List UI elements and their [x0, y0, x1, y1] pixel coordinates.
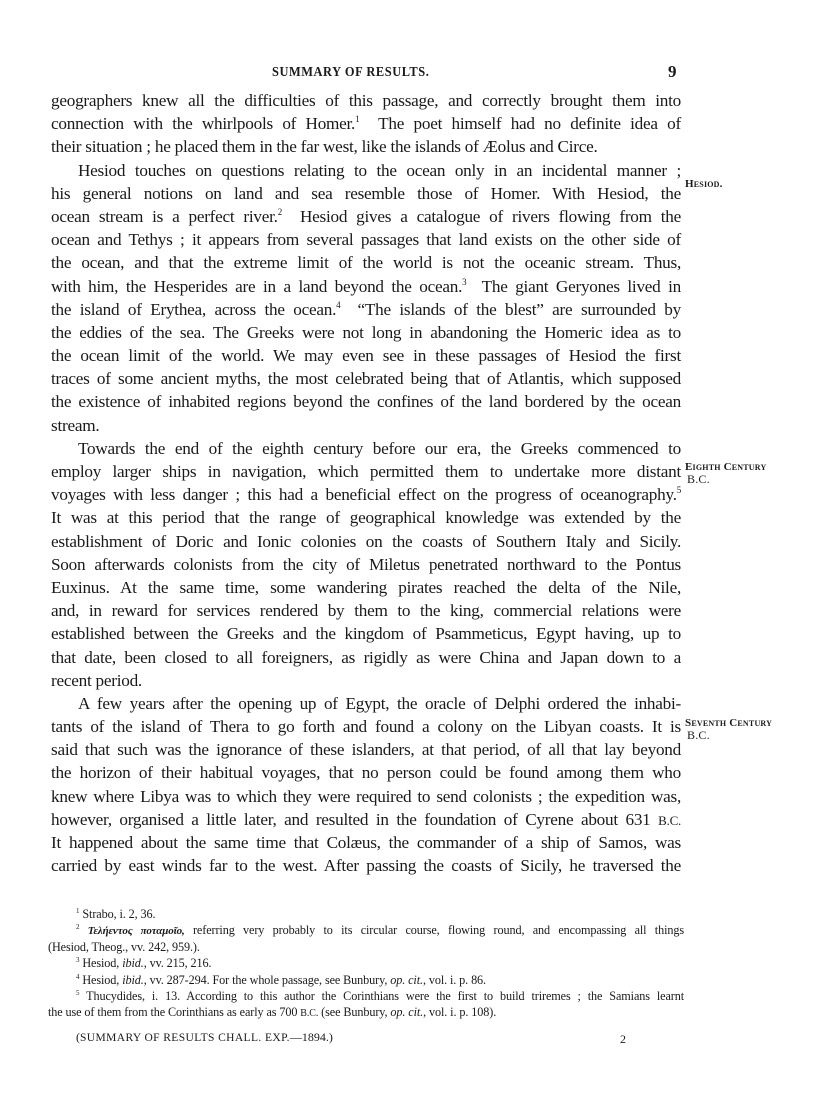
text-line: establishment of Doric and Ionic colonie…: [51, 530, 681, 553]
footnote-1: 1 Strabo, i. 2, 36.: [48, 906, 684, 922]
footnotes: 1 Strabo, i. 2, 36. 2 Τελήεντος ποταμοῖο…: [48, 906, 684, 1021]
text-line: established between the Greeks and the k…: [51, 622, 681, 645]
printer-imprint: (SUMMARY OF RESULTS CHALL. EXP.—1894.): [76, 1030, 333, 1045]
text-line: the ocean limit of the world. We may eve…: [51, 344, 681, 367]
text-line: the island of Erythea, across the ocean.…: [51, 298, 681, 321]
footnote-2: 2 Τελήεντος ποταμοῖο, referring very pro…: [48, 922, 684, 938]
text-line: the eddies of the sea. The Greeks were n…: [51, 321, 681, 344]
text-line: his general notions on land and sea rese…: [51, 182, 681, 205]
margin-note-eighth-century: Eighth Century B.C.: [685, 461, 766, 485]
text-line: It was at this period that the range of …: [51, 506, 681, 529]
text-line: however, organised a little later, and r…: [51, 808, 681, 831]
signature-mark: 2: [620, 1032, 626, 1047]
footnote-ref: 4: [336, 300, 340, 310]
text-line: and, in reward for services rendered by …: [51, 599, 681, 622]
footnote-ref: 1: [355, 114, 359, 124]
text-line: traces of some ancient myths, the most c…: [51, 367, 681, 390]
text-line: Hesiod touches on questions relating to …: [51, 159, 681, 182]
text-line: A few years after the opening up of Egyp…: [51, 692, 681, 715]
text-line: ocean and Tethys ; it appears from sever…: [51, 228, 681, 251]
footnote-5-continued: the use of them from the Corinthians as …: [48, 1004, 684, 1020]
running-title: SUMMARY OF RESULTS.: [272, 64, 429, 80]
text-line: Euxinus. At the same time, some wanderin…: [51, 576, 681, 599]
footnote-4: 4 Hesiod, ibid., vv. 287-294. For the wh…: [48, 972, 684, 988]
text-line: It happened about the same time that Col…: [51, 831, 681, 854]
text-line: stream.: [51, 414, 681, 437]
text-line: employ larger ships in navigation, which…: [51, 460, 681, 483]
document-page: SUMMARY OF RESULTS. 9 geographers knew a…: [0, 0, 825, 1100]
text-line: the existence of inhabited regions beyon…: [51, 390, 681, 413]
text-line: knew where Libya was to which they were …: [51, 785, 681, 808]
text-line: carried by east winds far to the west. A…: [51, 854, 681, 877]
text-line: voyages with less danger ; this had a be…: [51, 483, 681, 506]
text-line: ocean stream is a perfect river.2 Hesiod…: [51, 205, 681, 228]
text-line: recent period.: [51, 669, 681, 692]
running-head: SUMMARY OF RESULTS. 9: [0, 64, 825, 84]
text-line: with him, the Hesperides are in a land b…: [51, 275, 681, 298]
text-line: the horizon of their habitual voyages, t…: [51, 761, 681, 784]
text-line: that date, been closed to all foreigners…: [51, 646, 681, 669]
footnote-2-continued: (Hesiod, Theog., vv. 242, 959.).: [48, 939, 684, 955]
text-line: the ocean, and that the extreme limit of…: [51, 251, 681, 274]
footnote-ref: 3: [462, 277, 466, 287]
text-line: tants of the island of Thera to go forth…: [51, 715, 681, 738]
text-line: their situation ; he placed them in the …: [51, 135, 681, 158]
text-line: said that such was the ignorance of thes…: [51, 738, 681, 761]
text-line: Soon afterwards colonists from the city …: [51, 553, 681, 576]
footnote-ref: 5: [677, 485, 681, 495]
page-number: 9: [668, 62, 677, 82]
footnote-5: 5 Thucydides, i. 13. According to this a…: [48, 988, 684, 1004]
text-line: Towards the end of the eighth century be…: [51, 437, 681, 460]
text-line: geographers knew all the difficulties of…: [51, 89, 681, 112]
footnote-ref: 2: [278, 207, 282, 217]
text-line: connection with the whirlpools of Homer.…: [51, 112, 681, 135]
margin-note-hesiod: Hesiod.: [685, 178, 723, 190]
body-text: geographers knew all the difficulties of…: [51, 89, 681, 877]
margin-note-seventh-century: Seventh Century B.C.: [685, 717, 772, 741]
footnote-3: 3 Hesiod, ibid., vv. 215, 216.: [48, 955, 684, 971]
